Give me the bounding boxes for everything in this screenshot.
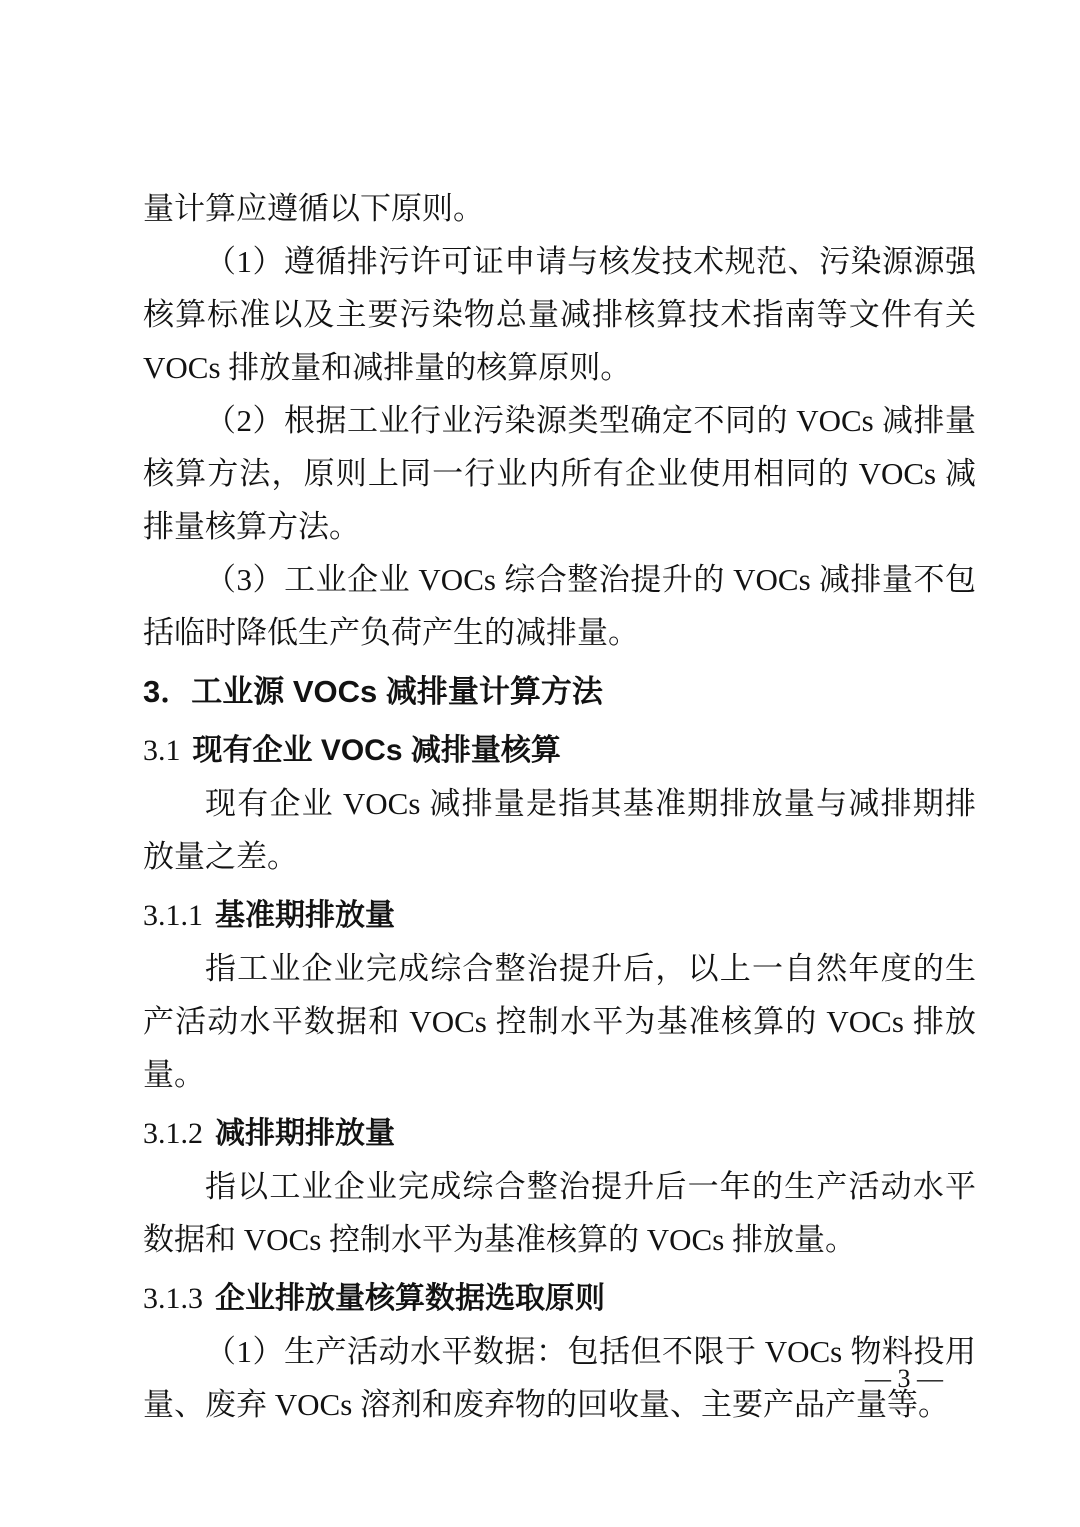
numbered-item-3: （3）工业企业 VOCs 综合整治提升的 VOCs 减排量不包括临时降低生产负荷…	[143, 553, 976, 659]
section-heading-title: 现有企业 VOCs 减排量核算	[193, 734, 561, 767]
paragraph-3-1: 现有企业 VOCs 减排量是指其基准期排放量与减排期排放量之差。	[143, 777, 976, 883]
document-page: 量计算应遵循以下原则。 （1）遵循排污许可证申请与核发技术规范、污染源源强核算标…	[0, 0, 1080, 1527]
subsection-heading-number: 3.1.3	[143, 1282, 203, 1315]
subsection-heading-title: 企业排放量核算数据选取原则	[215, 1282, 605, 1315]
paragraph-3-1-1: 指工业企业完成综合整治提升后，以上一自然年度的生产活动水平数据和 VOCs 控制…	[143, 942, 976, 1101]
section-heading-3-1: 3.1现有企业 VOCs 减排量核算	[143, 724, 976, 777]
numbered-item-2: （2）根据工业行业污染源类型确定不同的 VOCs 减排量核算方法，原则上同一行业…	[143, 394, 976, 553]
paragraph-continuation: 量计算应遵循以下原则。	[143, 182, 976, 235]
numbered-item-1: （1）遵循排污许可证申请与核发技术规范、污染源源强核算标准以及主要污染物总量减排…	[143, 235, 976, 394]
paragraph-3-1-2: 指以工业企业完成综合整治提升后一年的生产活动水平数据和 VOCs 控制水平为基准…	[143, 1160, 976, 1266]
paragraph-3-1-3-item-1: （1）生产活动水平数据：包括但不限于 VOCs 物料投用量、废弃 VOCs 溶剂…	[143, 1325, 976, 1431]
page-number: — 3 —	[865, 1364, 943, 1394]
chapter-heading: 3．工业源 VOCs 减排量计算方法	[143, 665, 976, 718]
chapter-heading-number: 3．	[143, 674, 191, 709]
subsection-heading-3-1-1: 3.1.1基准期排放量	[143, 889, 976, 942]
chapter-heading-title: 工业源 VOCs 减排量计算方法	[191, 674, 603, 709]
subsection-heading-title: 基准期排放量	[215, 899, 395, 932]
subsection-heading-title: 减排期排放量	[215, 1117, 395, 1150]
subsection-heading-number: 3.1.1	[143, 899, 203, 932]
section-heading-number: 3.1	[143, 734, 181, 767]
subsection-heading-3-1-3: 3.1.3企业排放量核算数据选取原则	[143, 1272, 976, 1325]
subsection-heading-number: 3.1.2	[143, 1117, 203, 1150]
subsection-heading-3-1-2: 3.1.2减排期排放量	[143, 1107, 976, 1160]
document-body: 量计算应遵循以下原则。 （1）遵循排污许可证申请与核发技术规范、污染源源强核算标…	[143, 182, 976, 1431]
